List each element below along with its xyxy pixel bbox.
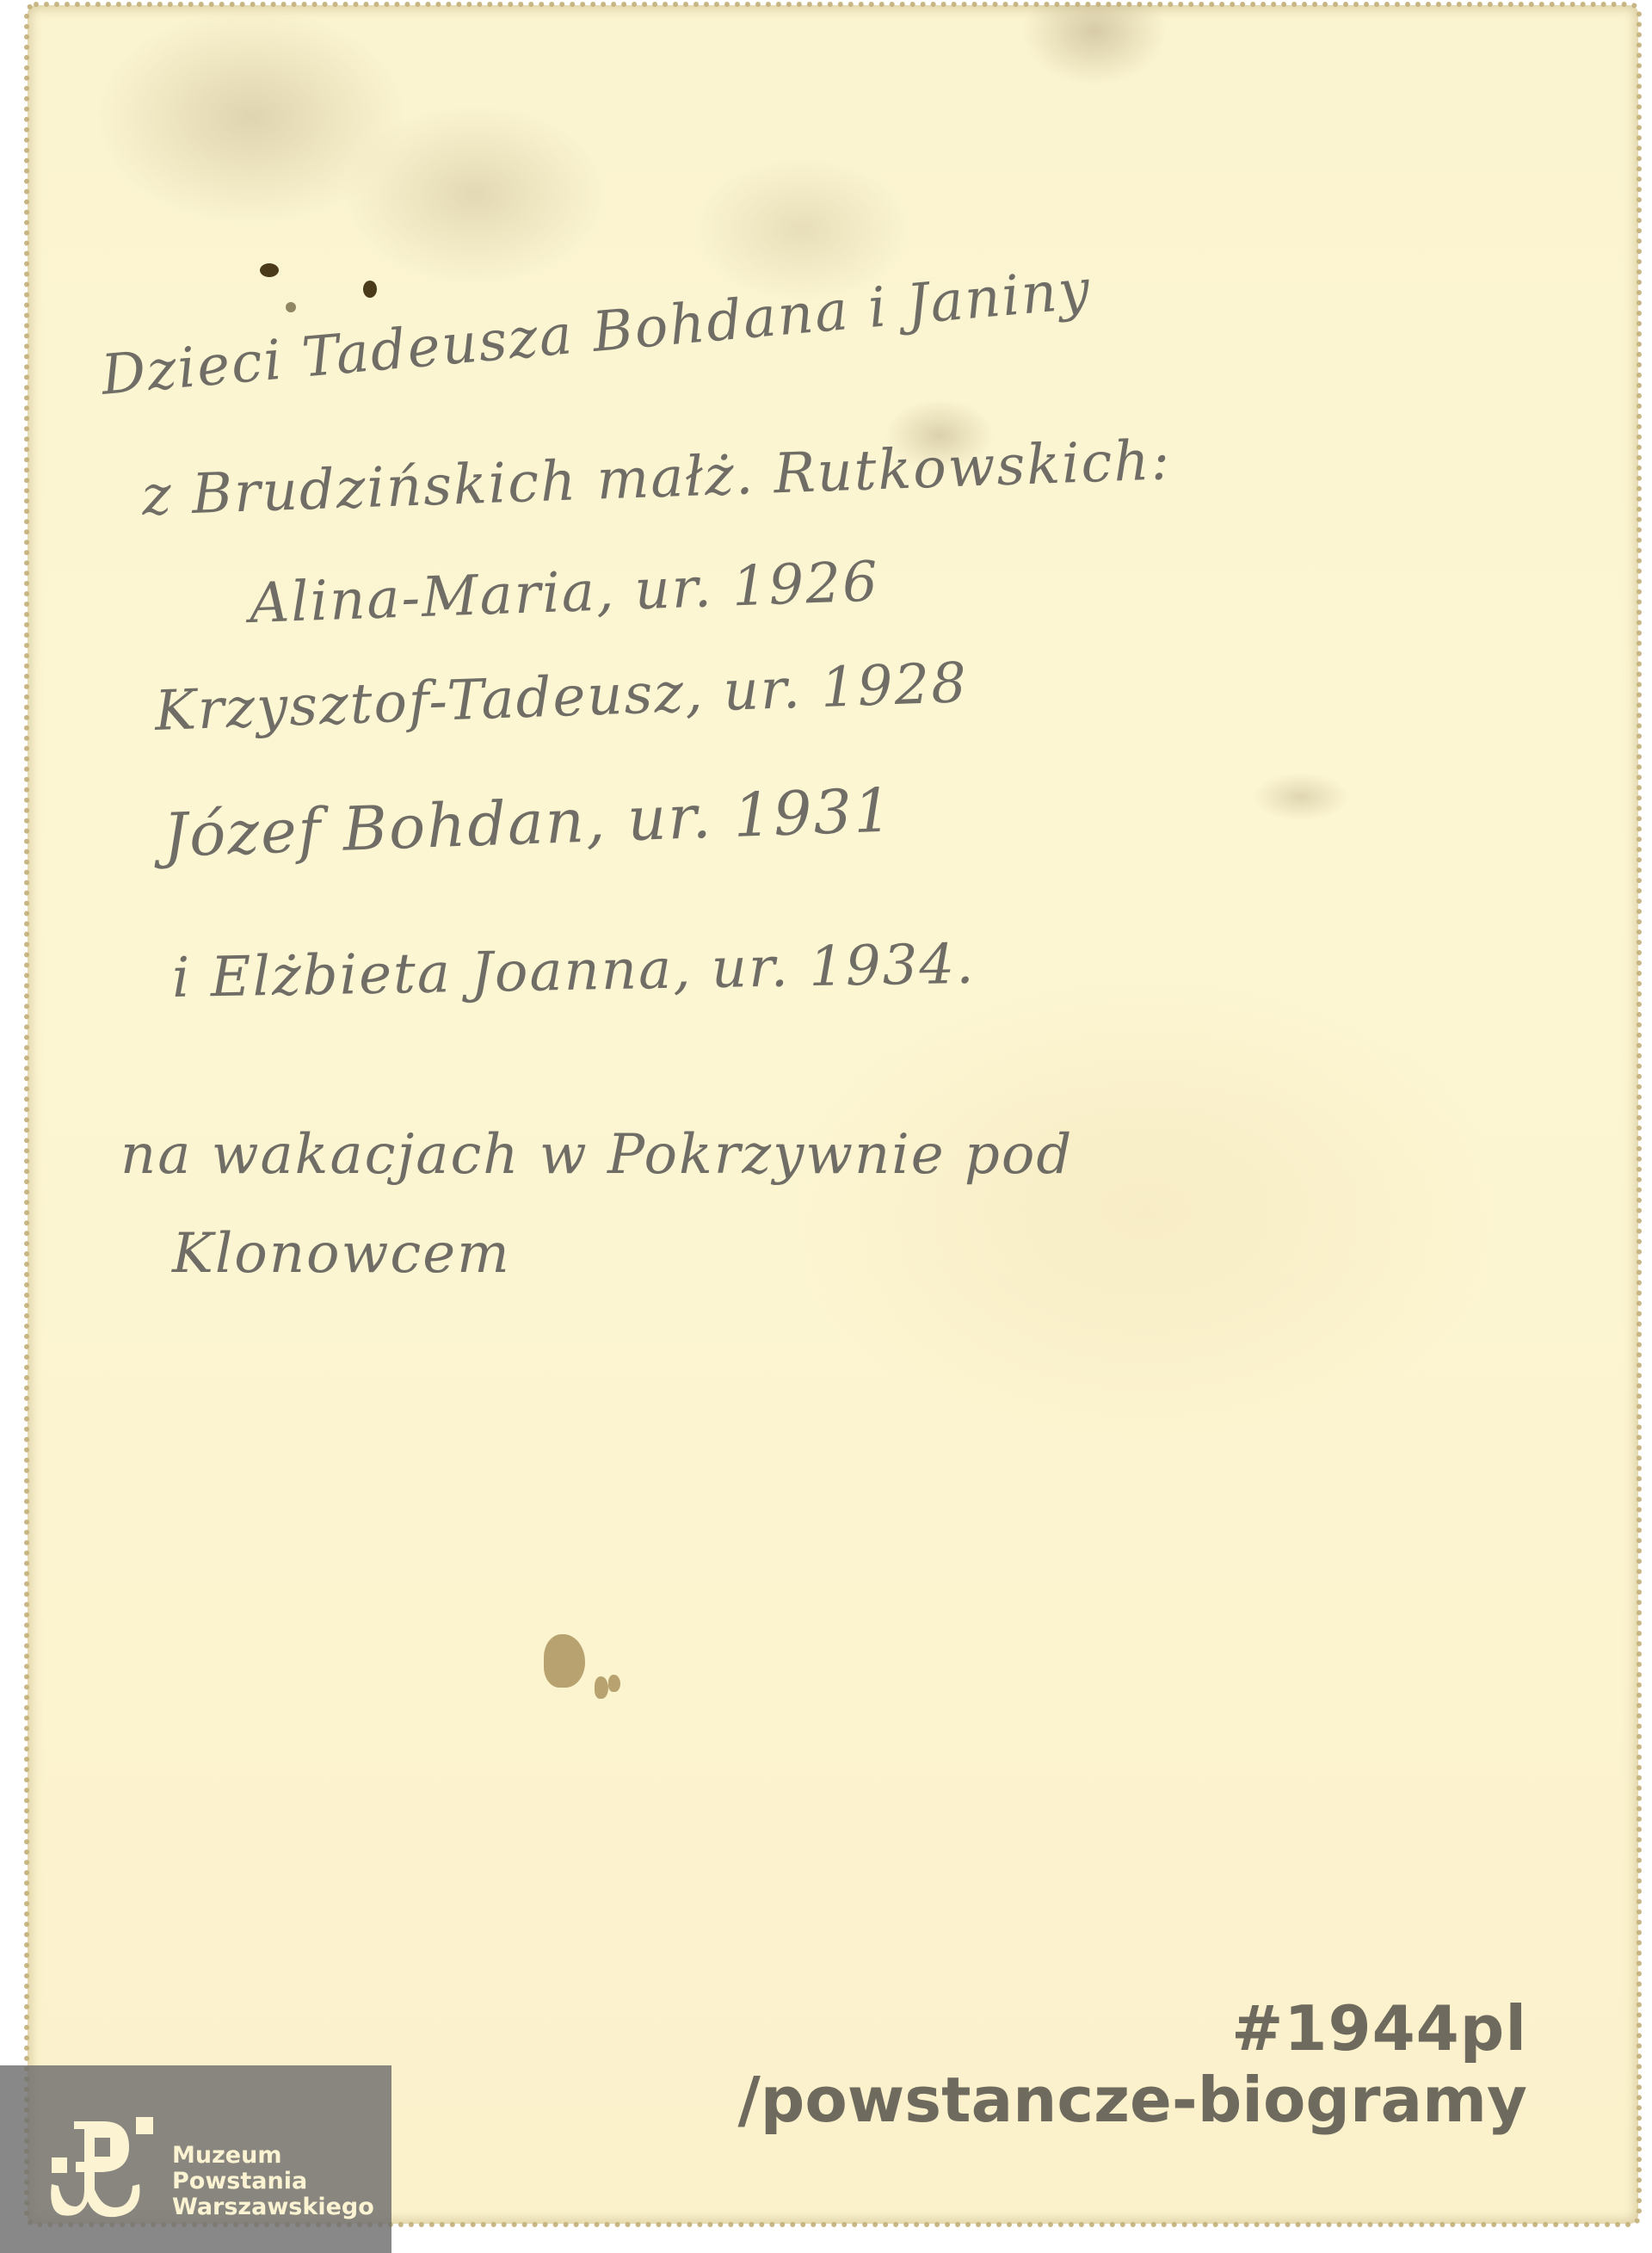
museum-name-line-3: Warszawskiego (172, 2194, 374, 2220)
stain (544, 1634, 585, 1688)
hashtag-watermark: #1944pl (1231, 1992, 1527, 2065)
museum-logo[interactable]: Muzeum Powstania Warszawskiego (0, 2065, 391, 2253)
museum-name-line-1: Muzeum (172, 2143, 374, 2169)
stain (595, 1676, 608, 1699)
handwriting-line-8: Klonowcem (172, 1222, 511, 1286)
age-spot (363, 281, 377, 298)
museum-name-line-2: Powstania (172, 2169, 374, 2194)
handwriting-line-7: na wakacjach w Pokrzywnie pod (120, 1123, 1073, 1187)
biogram-path-watermark: /powstancze-biogramy (737, 2064, 1527, 2136)
age-spot (286, 302, 296, 312)
kotwica-anchor-icon (50, 2117, 153, 2219)
age-spot (260, 263, 279, 277)
museum-name: Muzeum Powstania Warszawskiego (172, 2143, 374, 2220)
stain (608, 1675, 620, 1692)
